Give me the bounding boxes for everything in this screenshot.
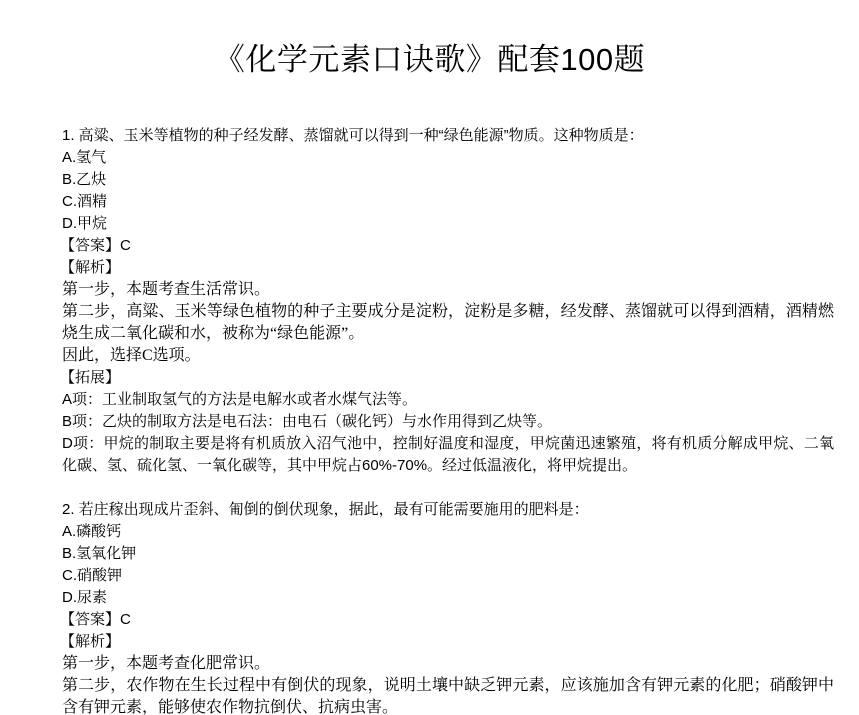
option-c: C.硝酸钾 [62,565,834,587]
document-body: 1. 高粱、玉米等植物的种子经发酵、蒸馏就可以得到一种“绿色能源”物质。这种物质… [62,125,834,715]
analysis-step-1: 第一步，本题考查化肥常识。 [62,653,834,675]
option-b: B.氢氧化钾 [62,543,834,565]
question-stem: 1. 高粱、玉米等植物的种子经发酵、蒸馏就可以得到一种“绿色能源”物质。这种物质… [62,125,834,147]
extension-a: A项：工业制取氢气的方法是电解水或者水煤气法等。 [62,389,834,411]
question-2: 2. 若庄稼出现成片歪斜、匍倒的倒伏现象，据此，最有可能需要施用的肥料是： A.… [62,499,834,715]
analysis-label: 【解析】 [60,631,834,653]
question-1: 1. 高粱、玉米等植物的种子经发酵、蒸馏就可以得到一种“绿色能源”物质。这种物质… [62,125,834,477]
option-a: A.氢气 [62,147,834,169]
extension-b: B项：乙炔的制取方法是电石法：由电石（碳化钙）与水作用得到乙炔等。 [62,411,834,433]
analysis-step-1: 第一步，本题考查生活常识。 [62,279,834,301]
option-c: C.酒精 [62,191,834,213]
extension-d: D项：甲烷的制取主要是将有机质放入沼气池中，控制好温度和湿度，甲烷菌迅速繁殖，将… [62,433,834,477]
option-a: A.磷酸钙 [62,521,834,543]
option-d: D.甲烷 [62,213,834,235]
answer-label: 【答案】C [60,609,834,631]
answer-label: 【答案】C [60,235,834,257]
option-d: D.尿素 [62,587,834,609]
analysis-step-2: 第二步，农作物在生长过程中有倒伏的现象，说明土壤中缺乏钾元素，应该施加含有钾元素… [62,675,834,715]
analysis-conclusion: 因此，选择C选项。 [62,345,834,367]
analysis-step-2: 第二步，高粱、玉米等绿色植物的种子主要成分是淀粉，淀粉是多糖，经发酵、蒸馏就可以… [62,301,834,345]
option-b: B.乙炔 [62,169,834,191]
question-stem: 2. 若庄稼出现成片歪斜、匍倒的倒伏现象，据此，最有可能需要施用的肥料是： [62,499,834,521]
analysis-label: 【解析】 [60,257,834,279]
page-title: 《化学元素口诀歌》配套100题 [0,38,859,82]
extension-label: 【拓展】 [60,367,834,389]
spacer [62,477,834,499]
